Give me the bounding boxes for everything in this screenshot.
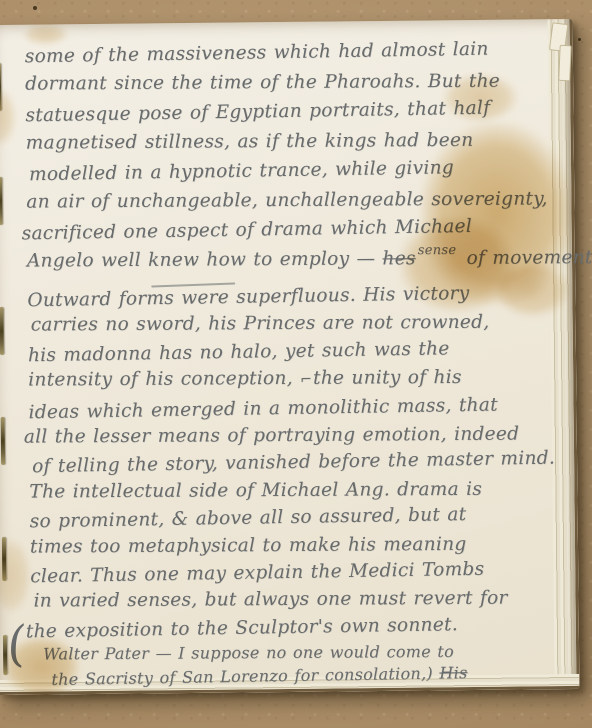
insertion-mark: ⌐	[300, 372, 312, 388]
cardboard-speck	[33, 6, 37, 10]
manuscript-text: some of the massiveness which had almost…	[25, 35, 552, 690]
binding-stitch	[0, 63, 1, 111]
age-stain	[0, 89, 16, 145]
strikethrough-word: hes	[382, 248, 415, 269]
inserted-word: sense	[418, 235, 457, 265]
line-text: intensity of his conception,	[28, 368, 300, 391]
photo-backdrop: { "photo": { "cardboard_color": "#a98c66…	[0, 0, 592, 728]
cardboard-speck	[578, 38, 581, 41]
page-edge-stack-right	[547, 19, 579, 689]
line-text: the unity of his	[313, 367, 462, 389]
worn-corner-tab	[558, 45, 571, 81]
line-text: of movement.	[459, 247, 592, 269]
line-text: the Sacristy of San Lorenzo for consolat…	[51, 664, 439, 689]
notebook-page: some of the massiveness which had almost…	[0, 19, 579, 695]
binding-stitch	[0, 307, 4, 355]
strikethrough-word: His	[439, 663, 467, 682]
binding-stitch	[2, 537, 6, 581]
line-text: Angelo well knew how to employ —	[27, 248, 383, 271]
binding-stitch	[0, 177, 3, 225]
manuscript-line: Angelo well knew how to employ — hessens…	[27, 243, 547, 278]
binding-stitch	[1, 417, 6, 465]
